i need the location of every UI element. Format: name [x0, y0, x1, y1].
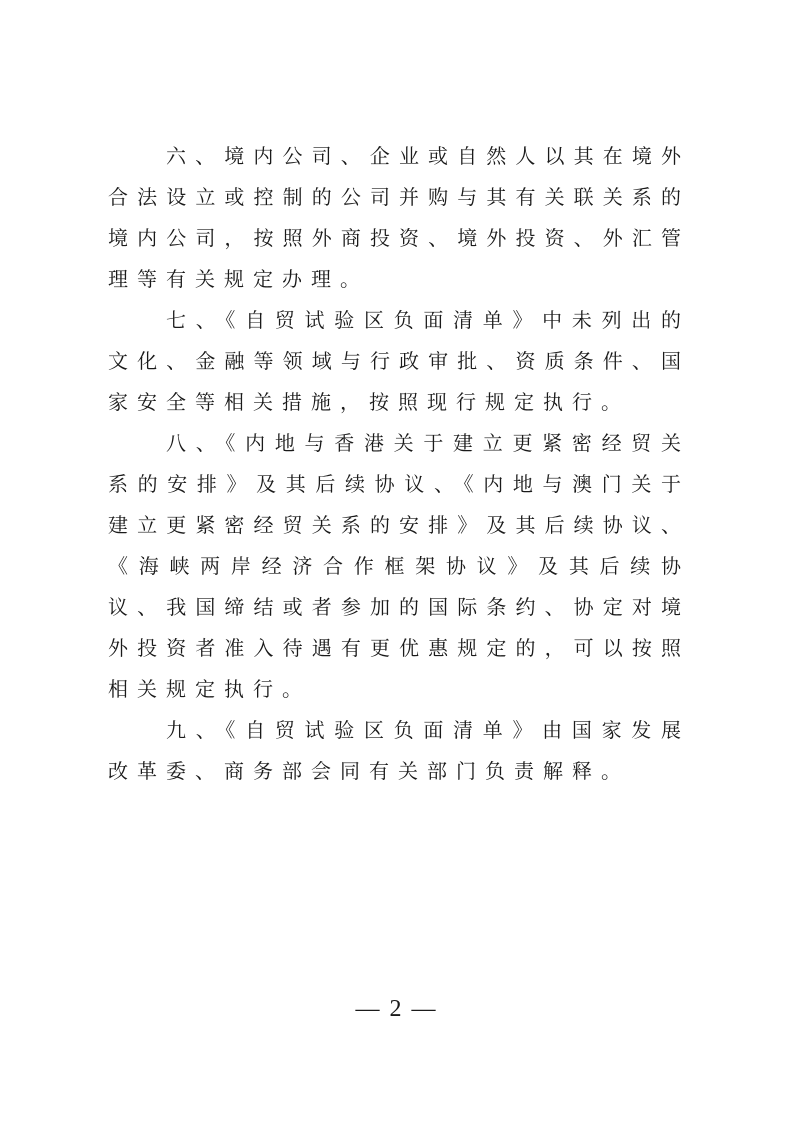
- paragraph-8: 八、《内地与香港关于建立更紧密经贸关系的安排》及其后续协议、《内地与澳门关于建立…: [108, 423, 690, 710]
- paragraph-6: 六、境内公司、企业或自然人以其在境外合法设立或控制的公司并购与其有关联关系的境内…: [108, 136, 690, 300]
- document-page: 六、境内公司、企业或自然人以其在境外合法设立或控制的公司并购与其有关联关系的境内…: [0, 0, 793, 1122]
- paragraph-9: 九、《自贸试验区负面清单》由国家发展改革委、商务部会同有关部门负责解释。: [108, 710, 690, 792]
- document-body: 六、境内公司、企业或自然人以其在境外合法设立或控制的公司并购与其有关联关系的境内…: [108, 136, 690, 792]
- paragraph-7: 七、《自贸试验区负面清单》中未列出的文化、金融等领域与行政审批、资质条件、国家安…: [108, 300, 690, 423]
- page-number: — 2 —: [0, 996, 793, 1023]
